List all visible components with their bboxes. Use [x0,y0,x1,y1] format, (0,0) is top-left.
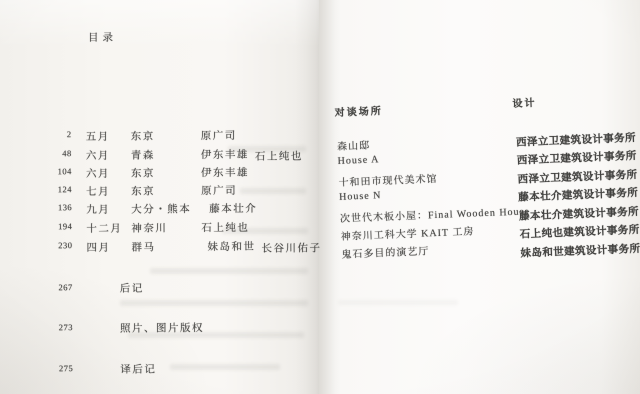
toc-place: 神奈川 [131,220,167,235]
toc-person: 原广司 [201,131,237,142]
backmatter-row: 267 后记 [42,282,73,293]
page-number: 136 [41,202,72,212]
toc-person: 妹岛和世 [207,242,255,253]
toc-place: 大分・熊本 [131,201,191,216]
page-number: 124 [41,184,72,194]
designer-item: 西泽立卫建筑设计事务所 [517,148,637,168]
page-number: 230 [41,240,72,250]
right-page-content: 对谈场所 设计 森山邸 House A 十和田市现代美术馆 House N 次世… [334,82,640,374]
designer-item: 藤本壮介建筑设计事务所 [518,185,638,205]
page-number: 2 [41,129,72,139]
toc-person: 长谷川佑子 [261,243,321,254]
design-column-header: 设计 [512,94,537,110]
designer-item: 藤本壮介建筑设计事务所 [519,204,639,224]
toc-place: 东京 [131,184,155,199]
toc-row: 230 四月 群马 妹岛和世长谷川佑子 [41,240,72,251]
toc-month: 六月 [86,166,110,181]
backmatter-label: 译后记 [120,362,156,377]
venue-item: House A [337,154,379,167]
toc-person: 藤本壮介 [209,204,257,215]
toc-row: 124 七月 东京 原广司 [41,184,72,195]
toc-place: 东京 [131,166,155,181]
page-number: 194 [41,221,72,231]
backmatter-row: 273 照片、图片版权 [42,322,73,333]
designer-item: 石上纯也建筑设计事务所 [519,222,639,242]
venue-item: 森山邸 [337,137,371,153]
toc-place: 东京 [131,129,155,144]
page-number: 275 [42,363,73,373]
page-number: 104 [41,166,72,176]
venue-item: House N [339,190,382,203]
toc-row: 48 六月 青森 伊东丰雄石上纯也 [41,148,72,159]
toc-month: 四月 [86,240,110,255]
backmatter-label: 后记 [120,281,144,296]
toc-row: 194 十二月 神奈川 石上纯也 [41,221,72,232]
venue-item: 鬼石多目的演艺厅 [341,242,430,261]
toc-month: 九月 [86,202,110,217]
toc-person: 石上纯也 [201,223,249,234]
toc-title: 目录 [88,30,117,45]
toc-month: 五月 [86,129,110,144]
left-page-content: 目录 2 五月 东京 原广司 48 六月 青森 伊东丰雄石上纯也 104 六月 … [0,0,321,394]
designer-item: 西泽立卫建筑设计事务所 [516,130,636,150]
venue-item: 神奈川工科大学 KAIT 工房 [340,222,474,242]
toc-row: 136 九月 大分・熊本 藤本壮介 [41,202,72,213]
venue-column-header: 对谈场所 [334,102,383,119]
toc-month: 六月 [86,148,110,163]
toc-person: 石上纯也 [255,152,303,163]
designer-item: 西泽立卫建筑设计事务所 [517,167,637,187]
toc-place: 青森 [131,148,155,163]
toc-person: 原广司 [201,186,237,197]
toc-row: 104 六月 东京 伊东丰雄 [41,166,72,177]
designer-item: 妹岛和世建筑设计事务所 [520,241,640,261]
toc-row: 2 五月 东京 原广司 [41,129,72,140]
toc-person: 伊东丰雄 [201,168,249,179]
page-number: 48 [41,148,72,158]
toc-month: 十二月 [86,221,122,236]
toc-person: 伊东丰雄 [201,150,249,161]
toc-month: 七月 [86,184,110,199]
venue-item: 十和田市现代美术馆 [338,170,438,189]
book-photo: 目录 2 五月 东京 原广司 48 六月 青森 伊东丰雄石上纯也 104 六月 … [0,0,640,394]
page-number: 267 [42,282,73,292]
venue-item: 次世代木板小屋：Final Wooden House [340,202,530,225]
backmatter-label: 照片、图片版权 [120,320,204,336]
page-number: 273 [42,322,73,332]
toc-place: 群马 [131,240,155,255]
backmatter-row: 275 译后记 [42,363,73,374]
